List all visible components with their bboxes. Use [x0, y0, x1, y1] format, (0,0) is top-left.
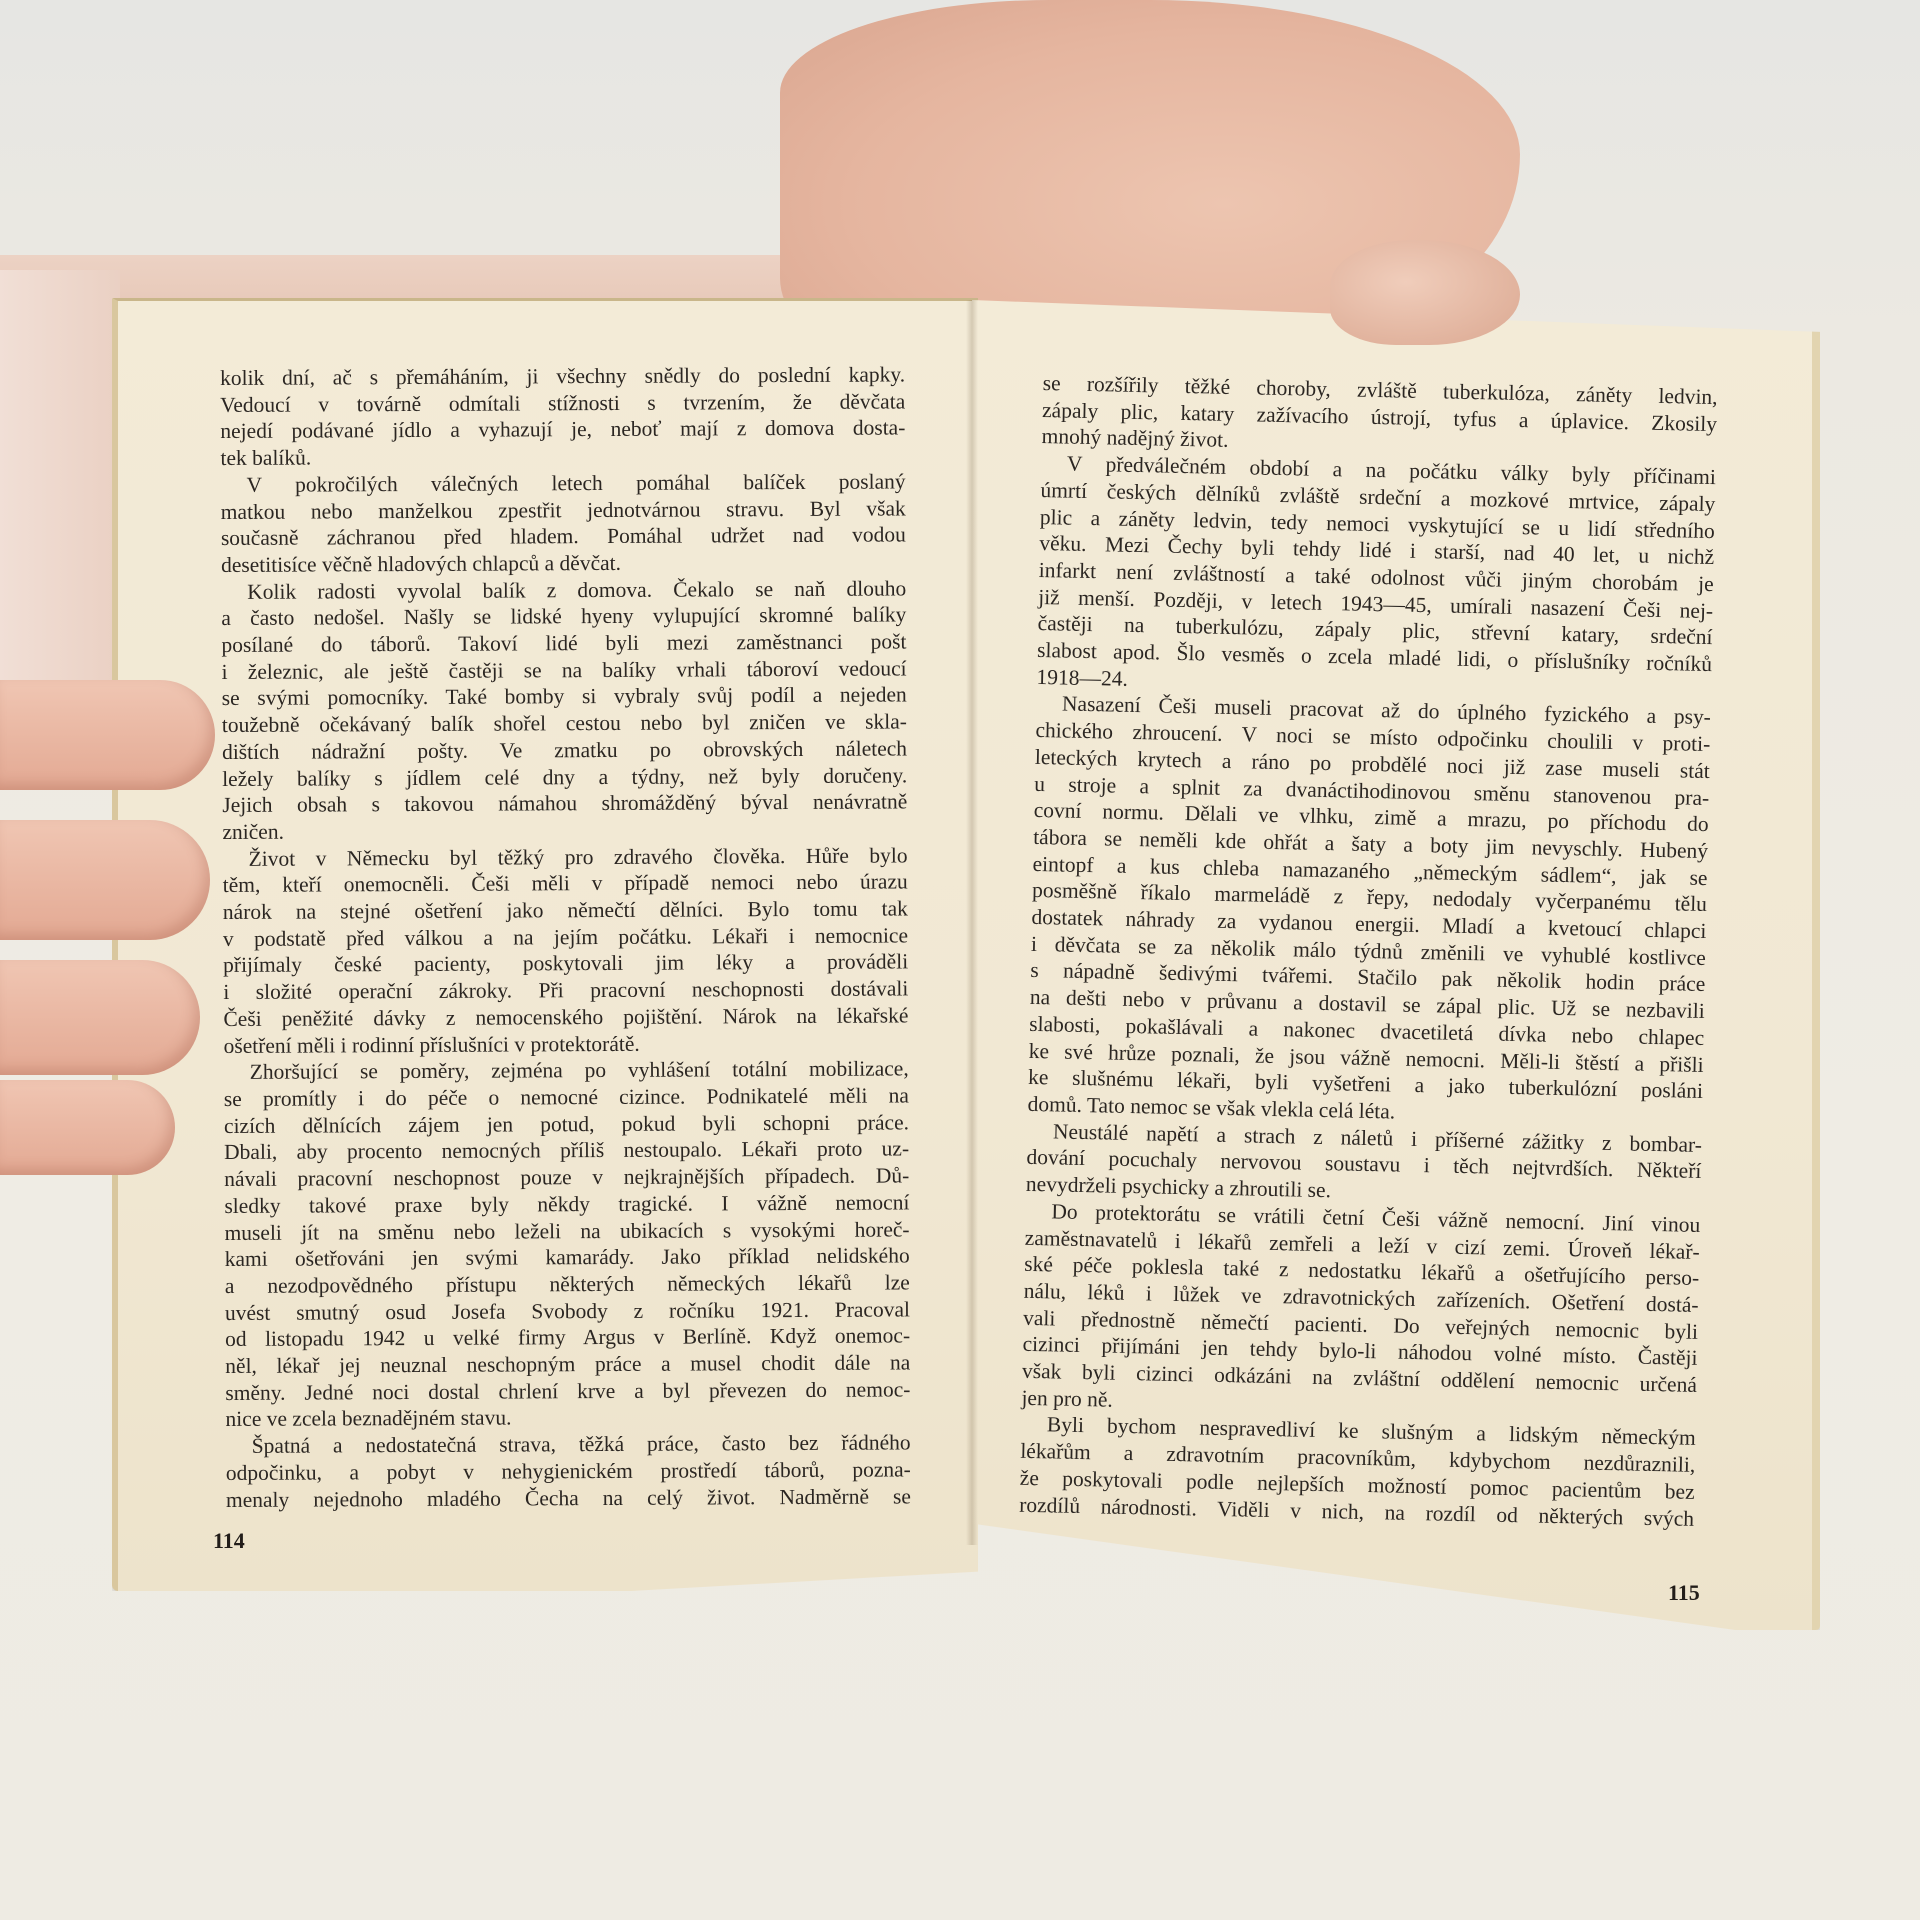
text-line: směny. Jedné noci dostal chrlení krve a …	[225, 1376, 910, 1406]
text-line: Kolik radosti vyvolal balík z domova. Če…	[221, 575, 906, 605]
text-line: menaly nejednoho mladého Čecha na celý ž…	[226, 1483, 911, 1513]
page-number-right: 115	[1668, 1580, 1700, 1606]
page-number-left: 114	[213, 1528, 245, 1554]
right-page-text: se rozšířily těžké choroby, zvláště tube…	[1019, 370, 1718, 1532]
finger-3	[0, 960, 200, 1075]
text-line: nárok na stejné ošetření jako němečtí dě…	[223, 895, 908, 925]
text-line: Špatná a nedostatečná strava, těžká prác…	[226, 1430, 911, 1460]
finger-1	[0, 680, 215, 790]
text-line: sledky takové praxe byly někdy tragické.…	[224, 1189, 909, 1219]
text-line: odpočinku, a pobyt v nehygienickém prost…	[226, 1456, 911, 1486]
finger-2	[0, 820, 210, 940]
text-line: a často nedošel. Našly se lidské hyeny v…	[221, 602, 906, 632]
text-line: ošetření měli i rodinní příslušníci v pr…	[223, 1029, 908, 1059]
text-line: V pokročilých válečných letech pomáhal b…	[221, 468, 906, 498]
left-page-text: kolik dní, ač s přemáháním, ji všechny s…	[220, 361, 911, 1513]
text-line: a nezodpovědného přístupu některých něme…	[225, 1269, 910, 1299]
text-line: dištích nádražní pošty. Ve zmatku po obr…	[222, 735, 907, 765]
text-line: uvést smutný osud Josefa Svobody z roční…	[225, 1296, 910, 1326]
text-line: nejedí podávané jídlo a vyhazují je, neb…	[220, 415, 905, 445]
text-line: od listopadu 1942 u velké firmy Argus v …	[225, 1323, 910, 1353]
text-line: v podstatě před válkou a na jejím počátk…	[223, 922, 908, 952]
text-line: kami ošetřováni jen svými kamarády. Jako…	[225, 1243, 910, 1273]
text-line: tek balíků.	[220, 442, 905, 472]
text-line: ležely balíky s jídlem celé dny a týdny,…	[222, 762, 907, 792]
thumb	[1330, 240, 1520, 345]
text-line: těm, kteří onemocněli. Češi měli v přípa…	[223, 869, 908, 899]
finger-4	[0, 1080, 175, 1175]
text-line: se svými pomocníky. Také bomby si vybral…	[222, 682, 907, 712]
text-line: Zhoršující se poměry, zejména po vyhláše…	[224, 1056, 909, 1086]
text-line: Češi peněžité dávky z nemocenského pojiš…	[223, 1002, 908, 1032]
left-arm	[0, 270, 120, 690]
text-line: Dbali, aby procento nemocných příliš nes…	[224, 1136, 909, 1166]
text-line: Jejich obsah s takovou námahou shromáždě…	[222, 789, 907, 819]
text-line: zničen.	[222, 815, 907, 845]
text-line: Vedoucí v továrně odmítali stížnosti s t…	[220, 388, 905, 418]
text-line: i železnic, ale ještě častěji se na balí…	[222, 655, 907, 685]
text-line: něl, lékař jej neuznal neschopným práce …	[225, 1349, 910, 1379]
text-line: toužebně očekávaný balík shořel cestou n…	[222, 709, 907, 739]
text-line: i složité operační zákroky. Při pracovní…	[223, 976, 908, 1006]
text-line: návali pracovní neschopnost pouze v nejk…	[224, 1162, 909, 1192]
text-line: přijímaly české pacienty, poskytovali ji…	[223, 949, 908, 979]
text-line: se promítly i do péče o nemocné cizince.…	[224, 1082, 909, 1112]
text-line: museli jít na směnu nebo leželi na ubika…	[224, 1216, 909, 1246]
text-line: desetitisíce věčně hladových chlapců a d…	[221, 548, 906, 578]
text-line: posílané do táborů. Takoví lidé byli mez…	[221, 628, 906, 658]
text-line: kolik dní, ač s přemáháním, ji všechny s…	[220, 361, 905, 391]
book-gutter	[966, 300, 978, 1545]
text-line: matkou nebo manželkou zpestřit jednotvár…	[221, 495, 906, 525]
text-line: nice ve zcela beznadějném stavu.	[225, 1403, 910, 1433]
text-line: Život v Německu byl těžký pro zdravého č…	[223, 842, 908, 872]
text-line: cizích dělnících zájem jen potud, pokud …	[224, 1109, 909, 1139]
text-line: současně záchranou před hladem. Pomáhal …	[221, 522, 906, 552]
